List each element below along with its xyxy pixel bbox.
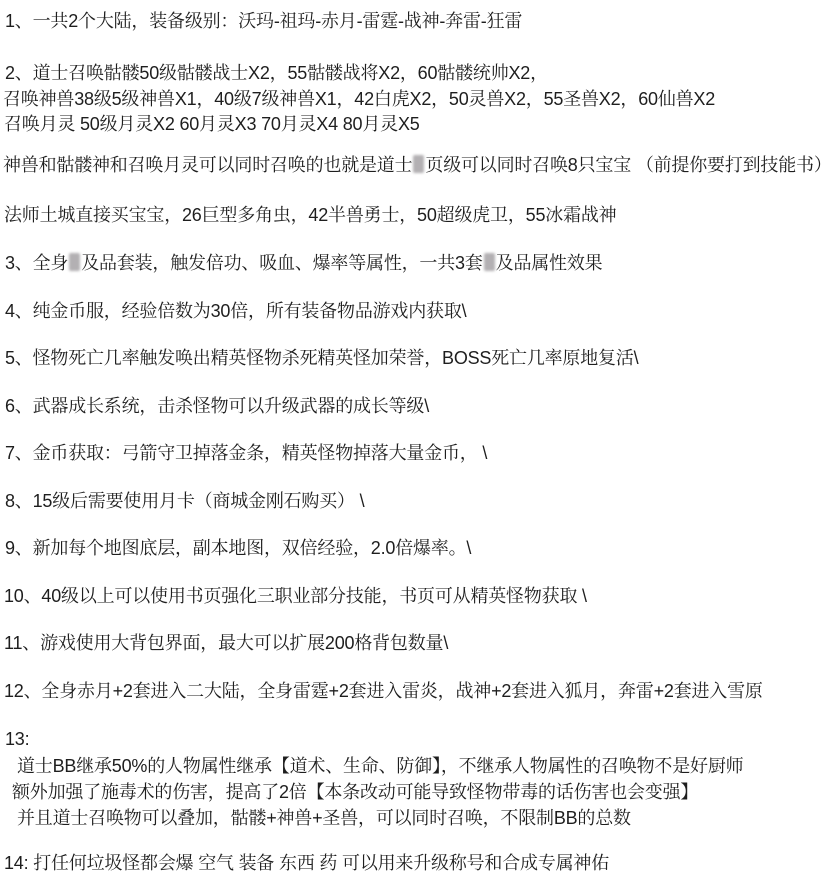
line-item-1: 1、一共2个大陆，装备级别：沃玛-祖玛-赤月-雷霆-战神-奔雷-狂雷 — [5, 9, 522, 34]
text-segment: 并且道士召唤物可以叠加，骷髅+神兽+圣兽，可以同时召唤，不限制BB的总数 — [17, 808, 631, 828]
text-segment: 及品属性效果 — [496, 253, 603, 273]
line-item-2: 2、道士召唤骷髅50级骷髅战士X2，55骷髅战将X2，60骷髅统帅X2， — [5, 61, 548, 86]
line-item-7: 7、金币获取：弓箭守卫掉落金条，精英怪物掉落大量金币， \ — [5, 441, 487, 466]
censored-text — [484, 253, 495, 271]
text-segment: 14: 打任何垃圾怪都会爆 空气 装备 东西 药 可以用来升级称号和合成专属神佑 — [4, 853, 609, 873]
text-segment: 2、道士召唤骷髅50级骷髅战士X2，55骷髅战将X2，60骷髅统帅X2， — [5, 63, 548, 83]
document-page: 1、一共2个大陆，装备级别：沃玛-祖玛-赤月-雷霆-战神-奔雷-狂雷2、道士召唤… — [0, 0, 828, 882]
line-item-3: 3、全身及品套装，触发倍功、吸血、爆率等属性，一共3套及品属性效果 — [5, 251, 602, 276]
censored-text — [69, 253, 80, 271]
line-item-8: 8、15级后需要使用月卡（商城金刚石购买） \ — [5, 489, 364, 514]
line-item-14: 14: 打任何垃圾怪都会爆 空气 装备 东西 药 可以用来升级称号和合成专属神佑 — [4, 851, 609, 876]
text-segment: 及品套装，触发倍功、吸血、爆率等属性，一共3套 — [81, 253, 482, 273]
text-segment: 11、游戏使用大背包界面，最大可以扩展200格背包数量\ — [4, 633, 448, 653]
line-mage-note: 法师土城直接买宝宝，26巨型多角虫，42半兽勇士，50超级虎卫，55冰霜战神 — [4, 203, 616, 228]
text-segment: 13: — [5, 729, 29, 749]
text-segment: 神兽和骷髅神和召唤月灵可以同时召唤的也就是道士 — [3, 155, 412, 175]
line-item-13c: 并且道士召唤物可以叠加，骷髅+神兽+圣兽，可以同时召唤，不限制BB的总数 — [17, 806, 631, 831]
text-segment: 8、15级后需要使用月卡（商城金刚石购买） \ — [5, 491, 364, 511]
text-segment: 召唤月灵 50级月灵X2 60月灵X3 70月灵X4 80月灵X5 — [4, 114, 420, 134]
line-item-13b: 额外加强了施毒术的伤害，提高了2倍【本条改动可能导致怪物带毒的话伤害也会变强】 — [12, 780, 698, 805]
line-item-13a: 道士BB继承50%的人物属性继承【道术、生命、防御】，不继承人物属性的召唤物不是… — [17, 754, 743, 779]
text-segment: 道士BB继承50%的人物属性继承【道术、生命、防御】，不继承人物属性的召唤物不是… — [17, 756, 743, 776]
text-segment: 9、新加每个地图底层，副本地图，双倍经验，2.0倍爆率。\ — [5, 538, 471, 558]
text-segment: 召唤神兽38级5级神兽X1，40级7级神兽X1，42白虎X2，50灵兽X2，55… — [3, 89, 715, 109]
text-segment: 12、全身赤月+2套进入二大陆，全身雷霆+2套进入雷炎，战神+2套进入狐月，奔雷… — [4, 681, 763, 701]
text-segment: 额外加强了施毒术的伤害，提高了2倍【本条改动可能导致怪物带毒的话伤害也会变强】 — [12, 782, 698, 802]
line-item-13: 13: — [5, 727, 29, 752]
line-item-6: 6、武器成长系统，击杀怪物可以升级武器的成长等级\ — [5, 394, 429, 419]
text-segment: 1、一共2个大陆，装备级别：沃玛-祖玛-赤月-雷霆-战神-奔雷-狂雷 — [5, 11, 522, 31]
text-segment: 3、全身 — [5, 253, 68, 273]
text-segment: 4、纯金币服，经验倍数为30倍，所有装备物品游戏内获取\ — [5, 301, 466, 321]
text-segment: 5、怪物死亡几率触发唤出精英怪物杀死精英怪加荣誉，BOSS死亡几率原地复活\ — [5, 348, 638, 368]
text-segment: 10、40级以上可以使用书页强化三职业部分技能，书页可从精英怪物获取 \ — [4, 586, 587, 606]
line-summon-note: 神兽和骷髅神和召唤月灵可以同时召唤的也就是道士页级可以同时召唤8只宝宝 （前提你… — [3, 153, 828, 178]
line-item-10: 10、40级以上可以使用书页强化三职业部分技能，书页可从精英怪物获取 \ — [4, 584, 587, 609]
line-item-5: 5、怪物死亡几率触发唤出精英怪物杀死精英怪加荣誉，BOSS死亡几率原地复活\ — [5, 346, 638, 371]
text-segment: 7、金币获取：弓箭守卫掉落金条，精英怪物掉落大量金币， \ — [5, 443, 487, 463]
line-item-12: 12、全身赤月+2套进入二大陆，全身雷霆+2套进入雷炎，战神+2套进入狐月，奔雷… — [4, 679, 763, 704]
line-item-9: 9、新加每个地图底层，副本地图，双倍经验，2.0倍爆率。\ — [5, 536, 471, 561]
line-item-2b: 召唤神兽38级5级神兽X1，40级7级神兽X1，42白虎X2，50灵兽X2，55… — [3, 87, 715, 112]
line-item-2c: 召唤月灵 50级月灵X2 60月灵X3 70月灵X4 80月灵X5 — [4, 112, 420, 137]
line-item-11: 11、游戏使用大背包界面，最大可以扩展200格背包数量\ — [4, 631, 448, 656]
text-segment: 法师土城直接买宝宝，26巨型多角虫，42半兽勇士，50超级虎卫，55冰霜战神 — [4, 205, 616, 225]
text-segment: 6、武器成长系统，击杀怪物可以升级武器的成长等级\ — [5, 396, 429, 416]
censored-text — [413, 155, 424, 173]
text-segment: 页级可以同时召唤8只宝宝 （前提你要打到技能书） — [425, 155, 828, 175]
line-item-4: 4、纯金币服，经验倍数为30倍，所有装备物品游戏内获取\ — [5, 299, 466, 324]
